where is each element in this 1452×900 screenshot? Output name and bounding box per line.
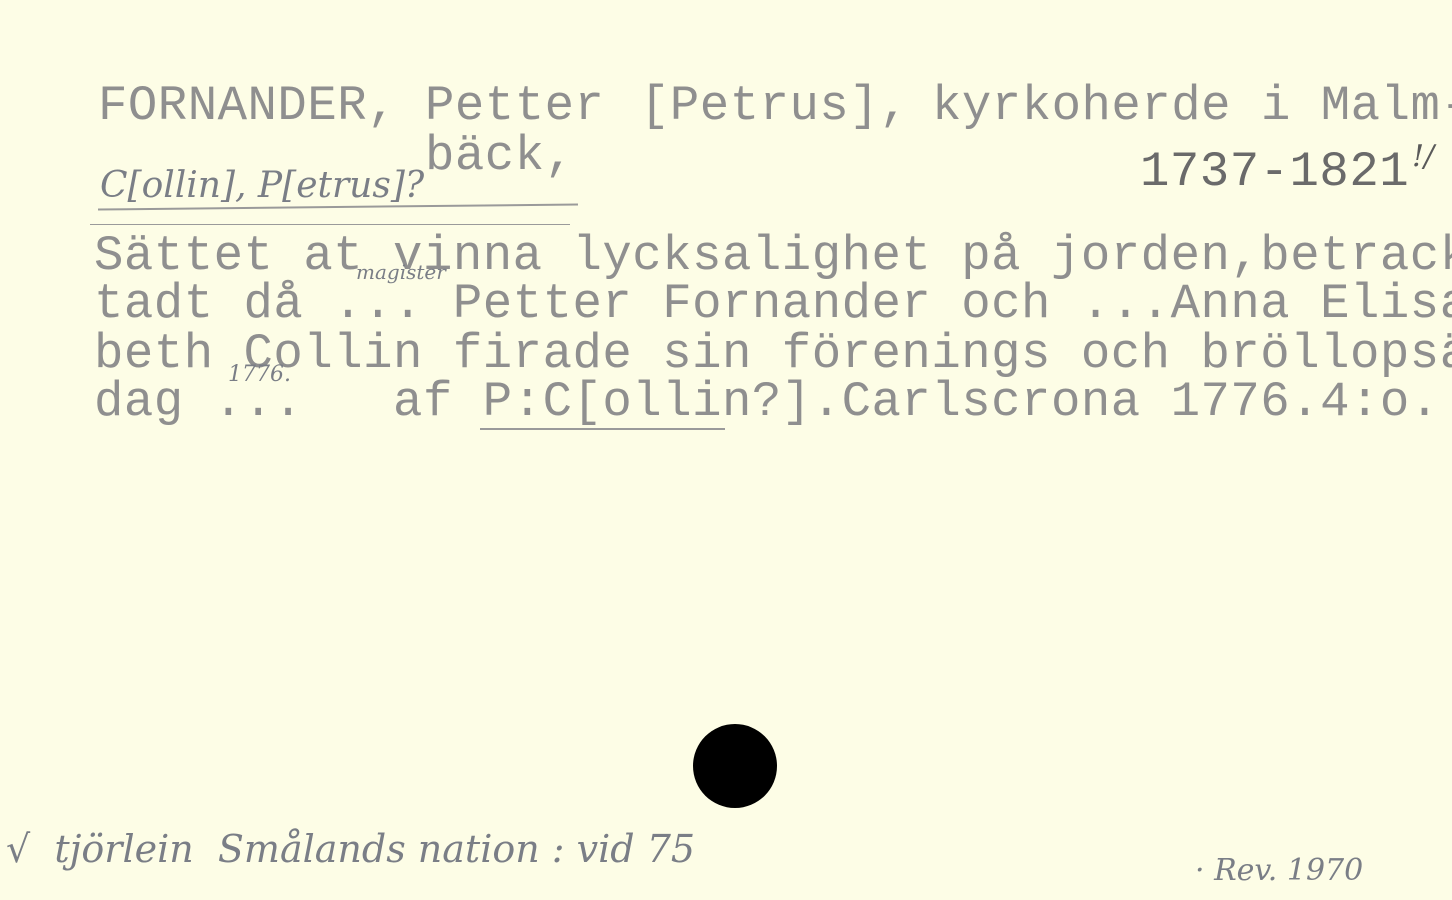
divider-line [90, 224, 570, 225]
body-line-2: tadt då ... Petter Fornander och ...Anna… [94, 280, 1452, 329]
annotation-magister: magister [356, 262, 446, 282]
heading-given-name: Petter [425, 82, 604, 131]
heading-title-continued: bäck, [425, 132, 575, 181]
body-line-3: beth Collin firade sin förenings och brö… [94, 330, 1452, 379]
author-handwritten: C[ollin], P[etrus]? [100, 168, 424, 204]
body-line-1: Sättet at vinna lycksalighet på jorden,b… [94, 232, 1452, 281]
body-line-4: dag ... af P:C[ollin?].Carlscrona 1776.4… [94, 378, 1440, 427]
footer-note: √ tjörlein Smålands nation : vid 75 [6, 830, 695, 868]
punch-hole [693, 724, 777, 808]
heading-given-latin: [Petrus], [640, 82, 909, 131]
heading-years: 1737-1821 [1140, 148, 1409, 197]
annotation-year-insert: 1776. [228, 364, 291, 386]
years-mark: !/ [1412, 142, 1434, 172]
heading-title: kyrkoherde i Malm- [932, 82, 1452, 131]
heading-surname: FORNANDER, [98, 82, 397, 131]
collin-underline [480, 428, 725, 430]
revision-note: · Rev. 1970 [1195, 856, 1363, 886]
catalog-card: FORNANDER, Petter [Petrus], kyrkoherde i… [0, 0, 1452, 900]
